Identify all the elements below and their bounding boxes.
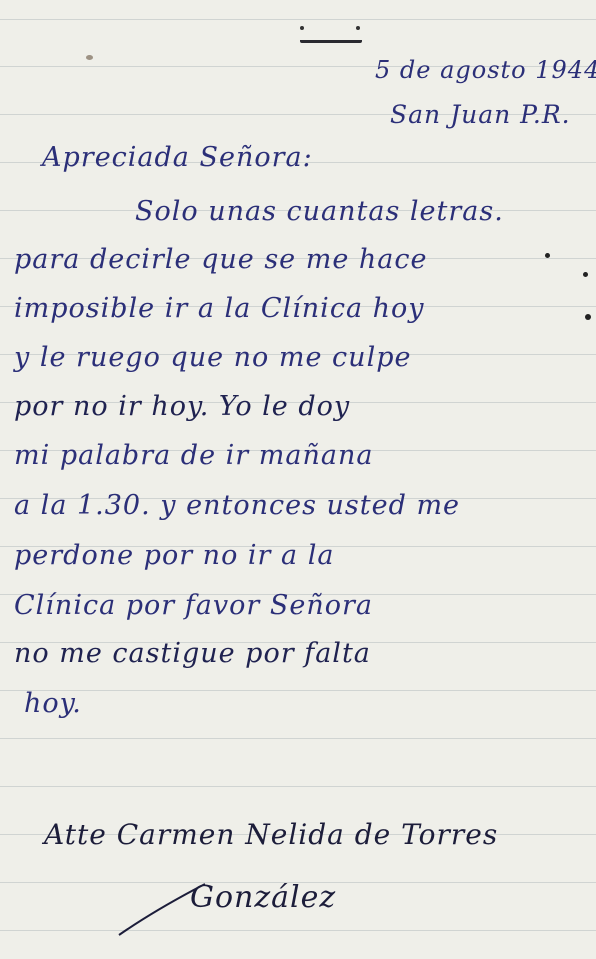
letter-salutation: Apreciada Señora: [42, 142, 313, 173]
letter-date: 5 de agosto 1944 [375, 56, 596, 84]
letter-place: San Juan P.R. [390, 100, 571, 129]
letter-body-line: por no ir hoy. Yo le doy [14, 391, 350, 422]
letter-body-line: hoy. [24, 688, 82, 719]
ink-dot [583, 272, 588, 277]
paper-mark-dot [300, 26, 304, 30]
letter-body-line: Clínica por favor Señora [14, 590, 373, 621]
letter-body-line: imposible ir a la Clínica hoy [14, 293, 425, 324]
signature-flourish [115, 880, 215, 940]
paper-clip-mark [300, 34, 362, 43]
letter-body-line: para decirle que se me hace [14, 244, 428, 275]
letter-body-line: no me castigue por falta [14, 638, 371, 669]
letter-body-line: Solo unas cuantas letras. [135, 196, 504, 227]
ink-dot [585, 314, 591, 320]
letter-closing: Atte Carmen Nelida de Torres [44, 818, 498, 851]
handwritten-letter-page: 5 de agosto 1944 San Juan P.R. Apreciada… [0, 0, 596, 959]
letter-body-line: perdone por no ir a la [14, 540, 334, 571]
ink-dot [545, 253, 550, 258]
letter-body-line: y le ruego que no me culpe [14, 342, 411, 373]
paper-stain [86, 55, 93, 60]
letter-body-line: a la 1.30. y entonces usted me [14, 490, 460, 521]
letter-body-line: mi palabra de ir mañana [14, 440, 373, 471]
paper-mark-dot [356, 26, 360, 30]
